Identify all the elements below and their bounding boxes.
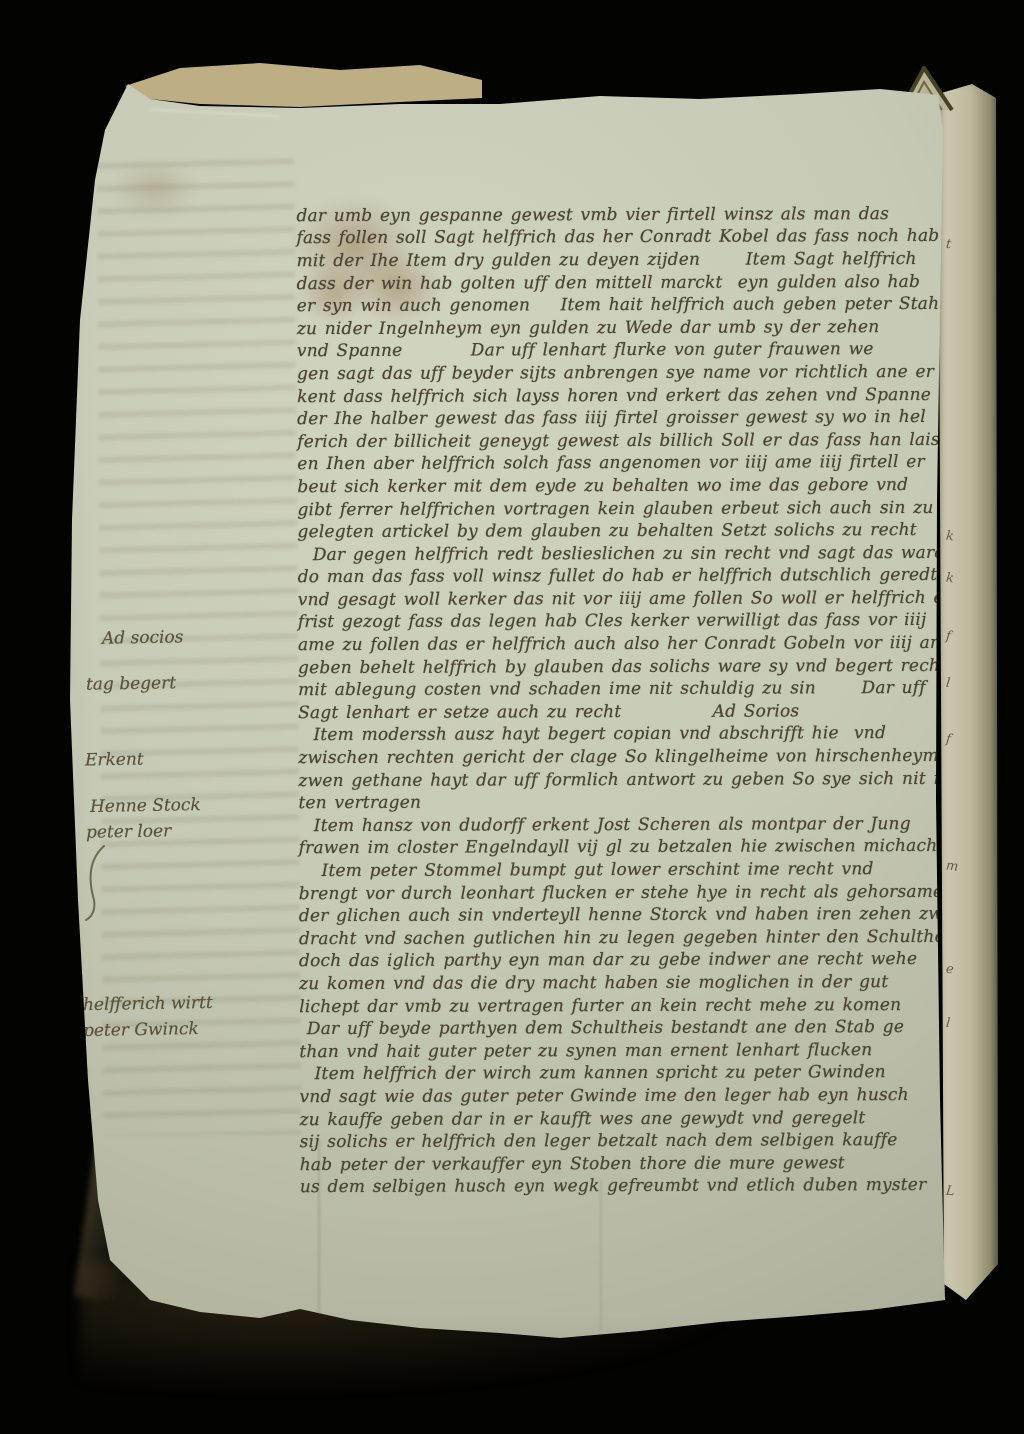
fore-edge-ink-mark: t bbox=[945, 238, 952, 251]
fore-edge-ink-mark: L bbox=[945, 1185, 955, 1199]
fore-edge-ink-mark: k bbox=[945, 572, 954, 586]
manuscript-photo: tkkflfmelL Ad sociostag begertErkentHenn… bbox=[0, 0, 1024, 1434]
fore-edge-ink-mark: l bbox=[945, 1017, 951, 1030]
fore-edge-ink-mark: l bbox=[945, 677, 951, 690]
fore-edge-ink-mark: f bbox=[945, 733, 951, 746]
fore-edge-ink-mark: e bbox=[945, 963, 954, 977]
fore-edge-ink-mark: k bbox=[945, 530, 954, 544]
page-vignette bbox=[0, 0, 1024, 1434]
manuscript-page: Ad sociostag begertErkentHenne Stockpete… bbox=[0, 0, 1024, 1434]
book-fore-edge: tkkflfmelL bbox=[936, 84, 998, 1306]
fore-edge-ink-mark: f bbox=[945, 630, 951, 643]
fore-edge-ink-mark: m bbox=[945, 859, 959, 873]
